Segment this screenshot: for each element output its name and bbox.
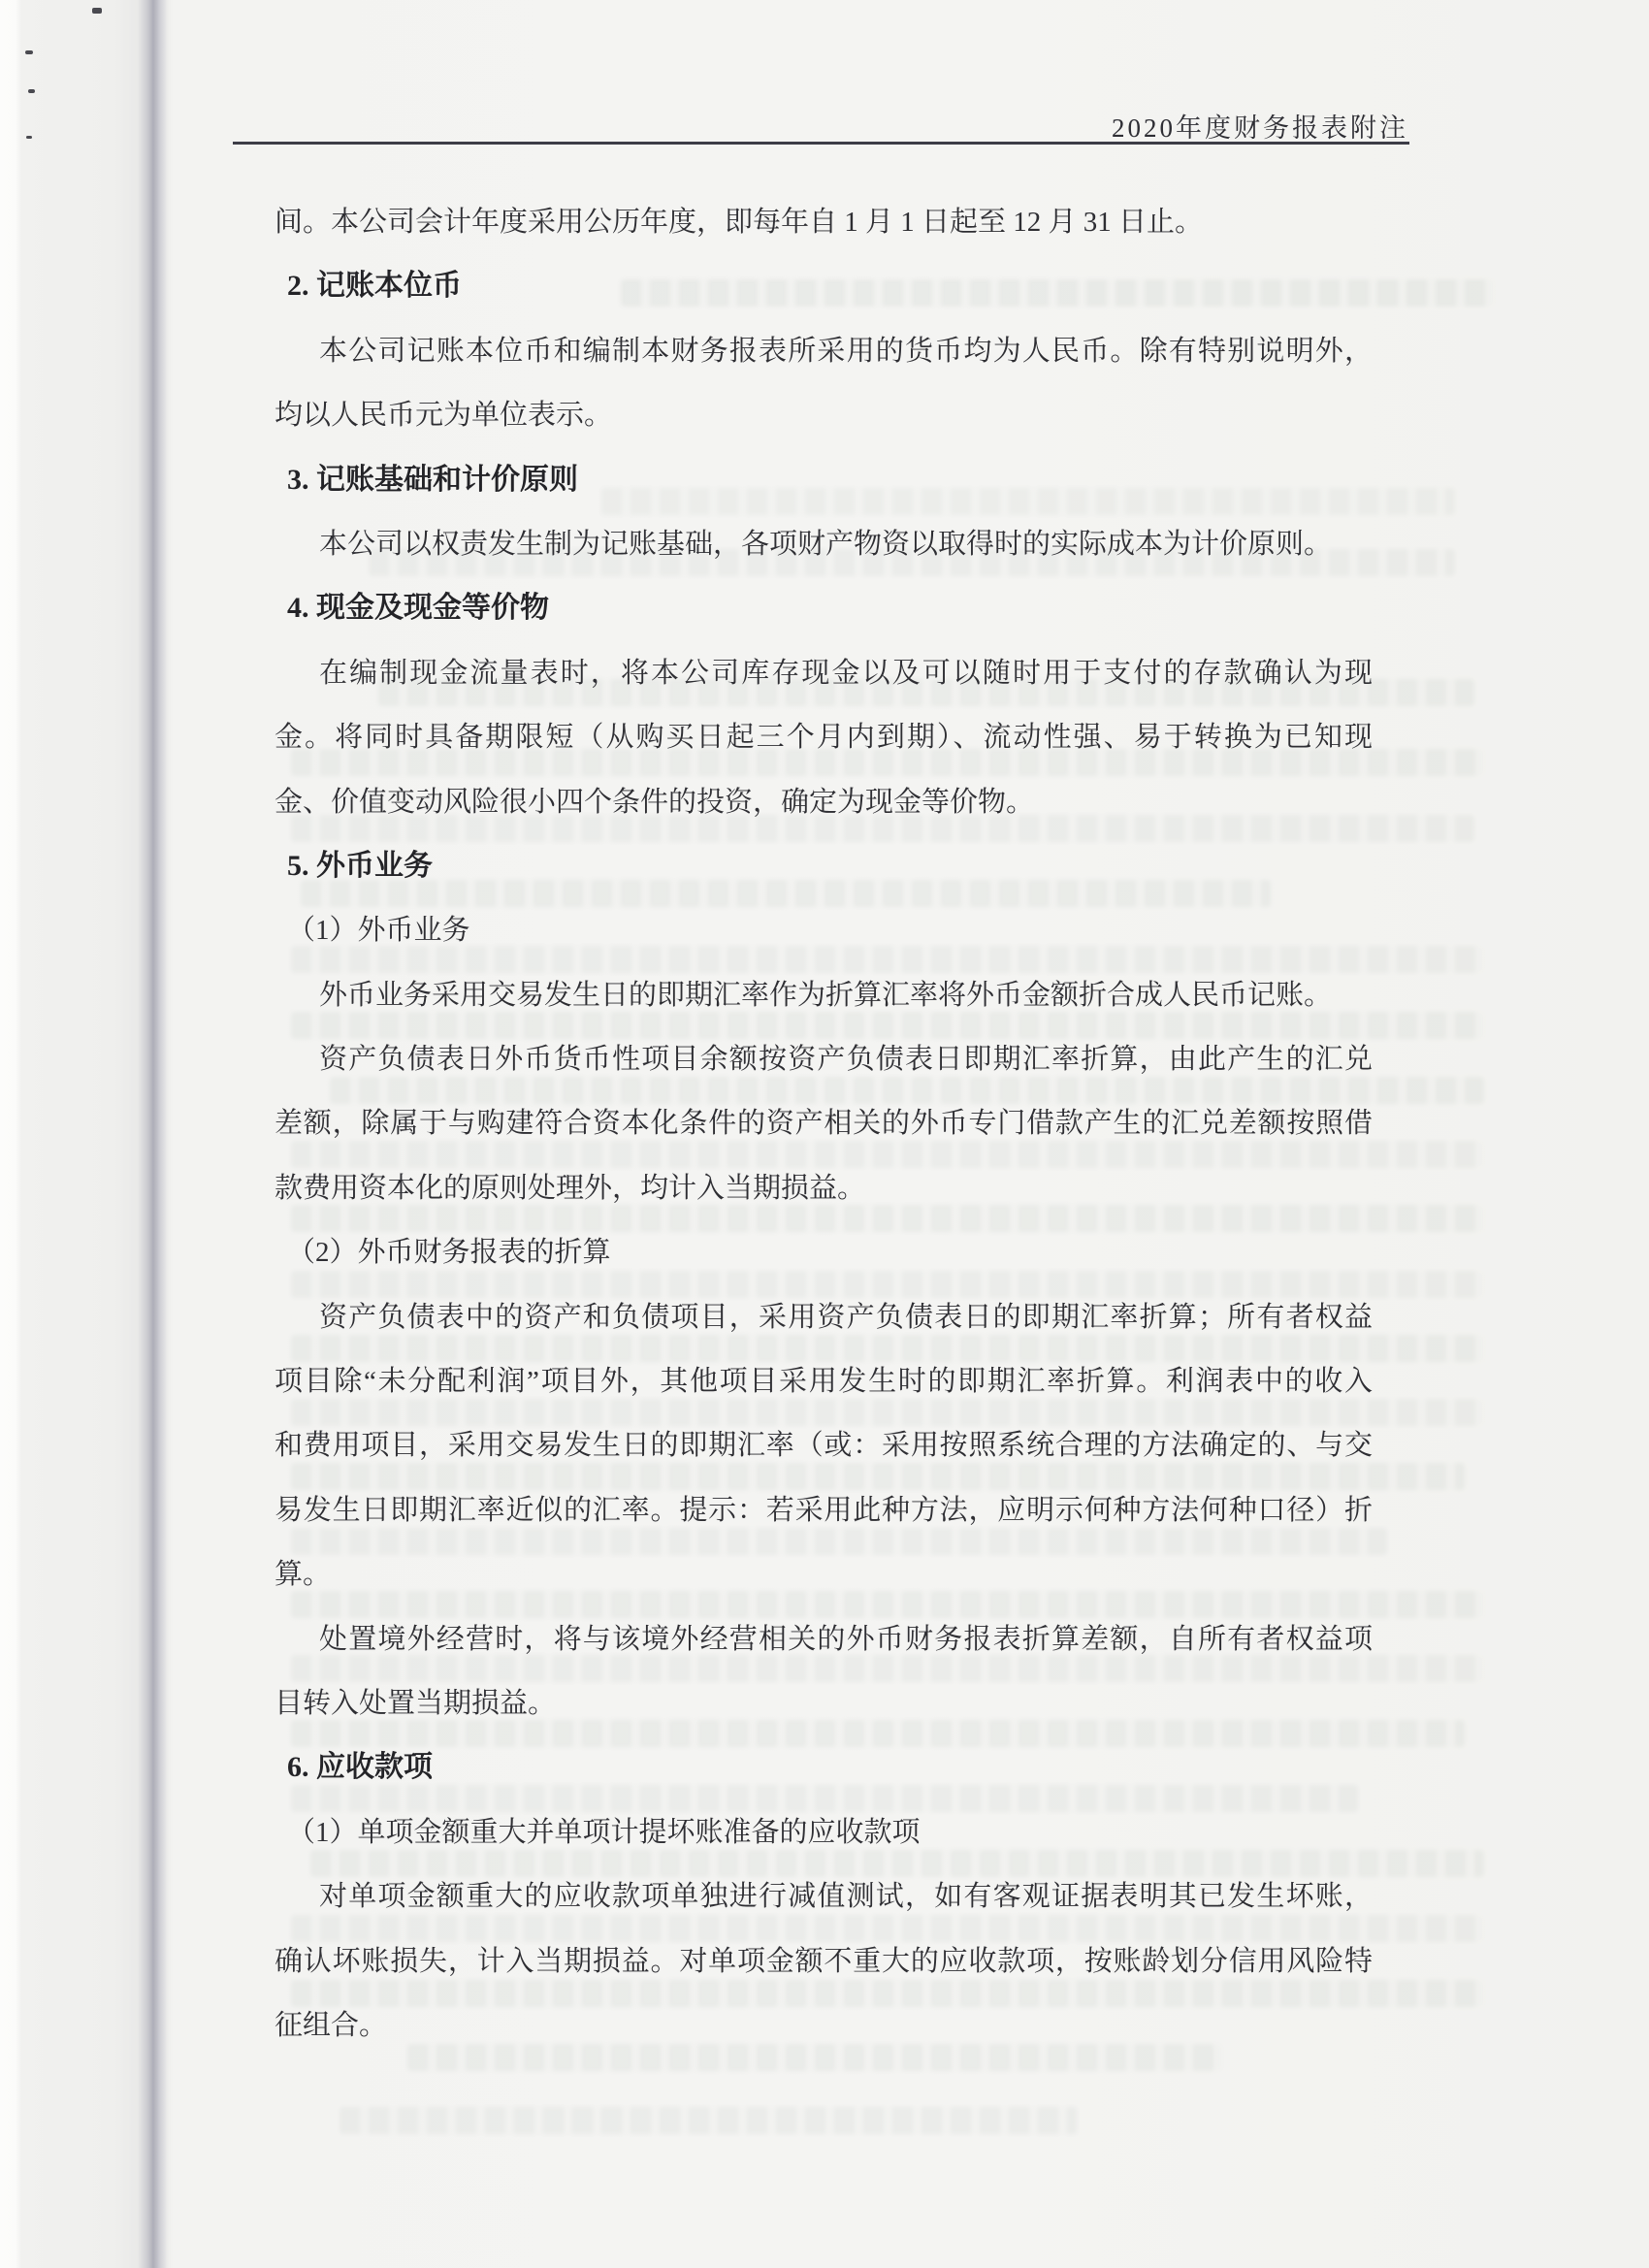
section-heading: 6. 应收款项 <box>275 1735 1373 1799</box>
scan-speck <box>28 89 35 93</box>
text-line: 外币业务采用交易发生日的即期汇率作为折算汇率将外币金额折合成人民币记账。 <box>275 963 1373 1027</box>
text-line: 均以人民币元为单位表示。 <box>275 383 1373 447</box>
text-line: 差额，除属于与购建符合资本化条件的资产相关的外币专门借款产生的汇兑差额按照借 <box>275 1091 1373 1155</box>
scan-speck <box>92 8 102 14</box>
text-line: 和费用项目，采用交易发生日的即期汇率（或：采用按照系统合理的方法确定的、与交 <box>275 1413 1373 1477</box>
scanned-page: 2020年度财务报表附注 间。本公司会计年度采用公历年度，即每年自 1 月 1 … <box>0 0 1649 2268</box>
text-line: 征组合。 <box>275 1993 1373 2057</box>
text-line: 易发生日即期汇率近似的汇率。提示：若采用此种方法，应明示何种方法何种口径）折 <box>275 1478 1373 1542</box>
text-line: 间。本公司会计年度采用公历年度，即每年自 1 月 1 日起至 12 月 31 日… <box>275 190 1373 254</box>
text-line: 资产负债表日外币货币性项目余额按资产负债表日即期汇率折算，由此产生的汇兑 <box>275 1027 1373 1091</box>
text-line: 项目除“未分配利润”项目外，其他项目采用发生时的即期汇率折算。利润表中的收入 <box>275 1349 1373 1413</box>
text-line: 对单项金额重大的应收款项单独进行减值测试，如有客观证据表明其已发生坏账， <box>275 1864 1373 1928</box>
section-heading: 5. 外币业务 <box>275 834 1373 898</box>
sub-heading: （1）单项金额重大并单项计提坏账准备的应收款项 <box>275 1800 1373 1864</box>
text-line: 本公司记账本位币和编制本财务报表所采用的货币均为人民币。除有特别说明外， <box>275 319 1373 383</box>
bleedthrough-smudge <box>339 2107 1077 2134</box>
section-heading: 4. 现金及现金等价物 <box>275 576 1373 640</box>
text-line: 目转入处置当期损益。 <box>275 1671 1373 1735</box>
text-line: 算。 <box>275 1542 1373 1606</box>
text-line: 确认坏账损失，计入当期损益。对单项金额不重大的应收款项，按账龄划分信用风险特 <box>275 1929 1373 1993</box>
section-heading: 3. 记账基础和计价原则 <box>275 448 1373 512</box>
scan-speck <box>25 50 33 54</box>
text-line: 金、价值变动风险很小四个条件的投资，确定为现金等价物。 <box>275 770 1373 834</box>
text-line: 在编制现金流量表时，将本公司库存现金以及可以随时用于支付的存款确认为现 <box>275 641 1373 705</box>
header-rule <box>233 142 1409 145</box>
sub-heading: （1）外币业务 <box>275 898 1373 962</box>
scan-speck <box>26 136 32 139</box>
section-heading: 2. 记账本位币 <box>275 254 1373 318</box>
page-header-title: 2020年度财务报表附注 <box>1112 107 1408 145</box>
sub-heading: （2）外币财务报表的折算 <box>275 1220 1373 1284</box>
text-line: 金。将同时具备期限短（从购买日起三个月内到期）、流动性强、易于转换为已知现 <box>275 705 1373 769</box>
text-line: 资产负债表中的资产和负债项目，采用资产负债表日的即期汇率折算；所有者权益 <box>275 1285 1373 1349</box>
text-line: 款费用资本化的原则处理外，均计入当期损益。 <box>275 1156 1373 1220</box>
book-spine-shadow <box>0 0 173 2268</box>
document-body: 间。本公司会计年度采用公历年度，即每年自 1 月 1 日起至 12 月 31 日… <box>275 190 1373 2057</box>
text-line: 处置境外经营时，将与该境外经营相关的外币财务报表折算差额，自所有者权益项 <box>275 1607 1373 1671</box>
text-line: 本公司以权责发生制为记账基础，各项财产物资以取得时的实际成本为计价原则。 <box>275 512 1373 576</box>
